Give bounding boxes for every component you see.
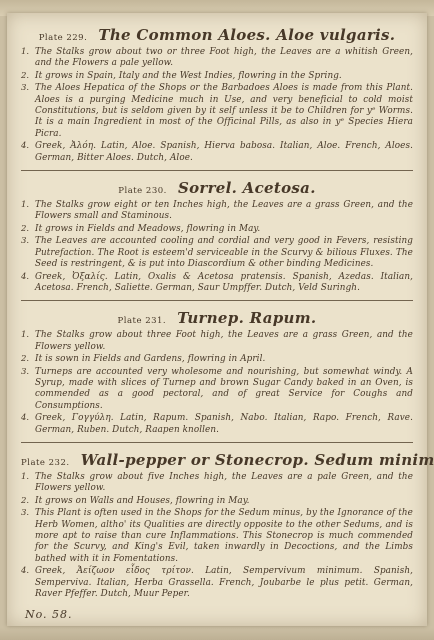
item-number: 3. <box>21 236 29 246</box>
item-text: The Stalks grow about three Foot high, t… <box>35 330 413 353</box>
section-divider <box>21 442 413 443</box>
page-number: No. 58. <box>25 608 413 621</box>
plate-number-label: Plate 230. <box>118 186 167 196</box>
item-text: The Aloes Hepatica of the Shops or the B… <box>35 83 413 140</box>
list-item: 1. The Stalks grow about five Inches hig… <box>21 472 413 495</box>
list-item: 1. The Stalks grow eight or ten Inches h… <box>21 200 413 223</box>
item-text: Greek, Ἀείζωον εἶδος τρίτον. Latin, Semp… <box>35 566 413 600</box>
item-number: 2. <box>21 224 29 234</box>
item-text: The Stalks grow eight or ten Inches high… <box>35 200 413 223</box>
list-item: 2. It grows on Walls and Houses, flowrin… <box>21 496 413 507</box>
item-text: The Leaves are accounted cooling and cor… <box>35 236 413 270</box>
plate-title: Turnep. Rapum. <box>177 309 316 327</box>
section-divider <box>21 300 413 301</box>
plate-section-232: Plate 232. Wall-pepper or Stonecrop. Sed… <box>21 450 413 600</box>
section-heading: Plate 229. The Common Aloes. Aloe vulgar… <box>21 25 413 44</box>
item-number: 3. <box>21 508 29 518</box>
plate-number-label: Plate 231. <box>118 316 167 326</box>
plate-section-231: Plate 231. Turnep. Rapum. 1. The Stalks … <box>21 308 413 436</box>
item-text: The Stalks grow about two or three Foot … <box>35 47 413 70</box>
section-divider <box>21 170 413 171</box>
list-item: 4. Greek, Γογγύλη. Latin, Rapum. Spanish… <box>21 413 413 436</box>
list-item: 1. The Stalks grow about three Foot high… <box>21 330 413 353</box>
plate-number-label: Plate 232. <box>21 458 70 468</box>
item-text: Greek, Ὀξαλίς. Latin, Oxalis & Acetosa p… <box>35 272 413 295</box>
list-item: 3. The Aloes Hepatica of the Shops or th… <box>21 83 413 140</box>
item-text: Greek, Ἀλόη. Latin, Aloe. Spanish, Hierv… <box>35 141 413 164</box>
item-number: 2. <box>21 71 29 81</box>
document-page: Plate 229. The Common Aloes. Aloe vulgar… <box>7 13 427 626</box>
item-text: It is sown in Fields and Gardens, flowri… <box>35 354 413 365</box>
section-heading: Plate 232. Wall-pepper or Stonecrop. Sed… <box>21 450 413 469</box>
plate-section-229: Plate 229. The Common Aloes. Aloe vulgar… <box>21 25 413 164</box>
section-heading: Plate 230. Sorrel. Acetosa. <box>21 178 413 197</box>
list-item: 4. Greek, Ὀξαλίς. Latin, Oxalis & Acetos… <box>21 272 413 295</box>
list-item: 2. It is sown in Fields and Gardens, flo… <box>21 354 413 365</box>
list-item: 2. It grows in Spain, Italy and the West… <box>21 71 413 82</box>
item-number: 2. <box>21 354 29 364</box>
item-number: 3. <box>21 367 29 377</box>
scan-edge-bottom <box>0 628 434 640</box>
item-number: 4. <box>21 413 29 423</box>
list-item: 3. Turneps are accounted very wholesome … <box>21 367 413 413</box>
item-text: This Plant is often used in the Shops fo… <box>35 508 413 565</box>
item-number: 4. <box>21 141 29 151</box>
item-text: Turneps are accounted very wholesome and… <box>35 367 413 413</box>
list-item: 4. Greek, Ἀείζωον εἶδος τρίτον. Latin, S… <box>21 566 413 600</box>
list-item: 3. The Leaves are accounted cooling and … <box>21 236 413 270</box>
item-number: 1. <box>21 330 29 340</box>
item-text: It grows in Fields and Meadows, flowring… <box>35 224 413 235</box>
list-item: 3. This Plant is often used in the Shops… <box>21 508 413 565</box>
item-text: The Stalks grow about five Inches high, … <box>35 472 413 495</box>
item-number: 4. <box>21 566 29 576</box>
plate-section-230: Plate 230. Sorrel. Acetosa. 1. The Stalk… <box>21 178 413 294</box>
list-item: 1. The Stalks grow about two or three Fo… <box>21 47 413 70</box>
item-text: It grows in Spain, Italy and the West In… <box>35 71 413 82</box>
plate-title: Wall-pepper or Stonecrop. Sedum minimum. <box>81 451 434 469</box>
item-text: It grows on Walls and Houses, flowring i… <box>35 496 413 507</box>
item-number: 1. <box>21 47 29 57</box>
section-heading: Plate 231. Turnep. Rapum. <box>21 308 413 327</box>
item-number: 1. <box>21 200 29 210</box>
list-item: 4. Greek, Ἀλόη. Latin, Aloe. Spanish, Hi… <box>21 141 413 164</box>
plate-title: The Common Aloes. Aloe vulgaris. <box>98 26 395 44</box>
item-text: Greek, Γογγύλη. Latin, Rapum. Spanish, N… <box>35 413 413 436</box>
item-number: 1. <box>21 472 29 482</box>
item-number: 4. <box>21 272 29 282</box>
list-item: 2. It grows in Fields and Meadows, flowr… <box>21 224 413 235</box>
plate-title: Sorrel. Acetosa. <box>178 179 316 197</box>
plate-number-label: Plate 229. <box>39 33 88 43</box>
item-number: 2. <box>21 496 29 506</box>
item-number: 3. <box>21 83 29 93</box>
